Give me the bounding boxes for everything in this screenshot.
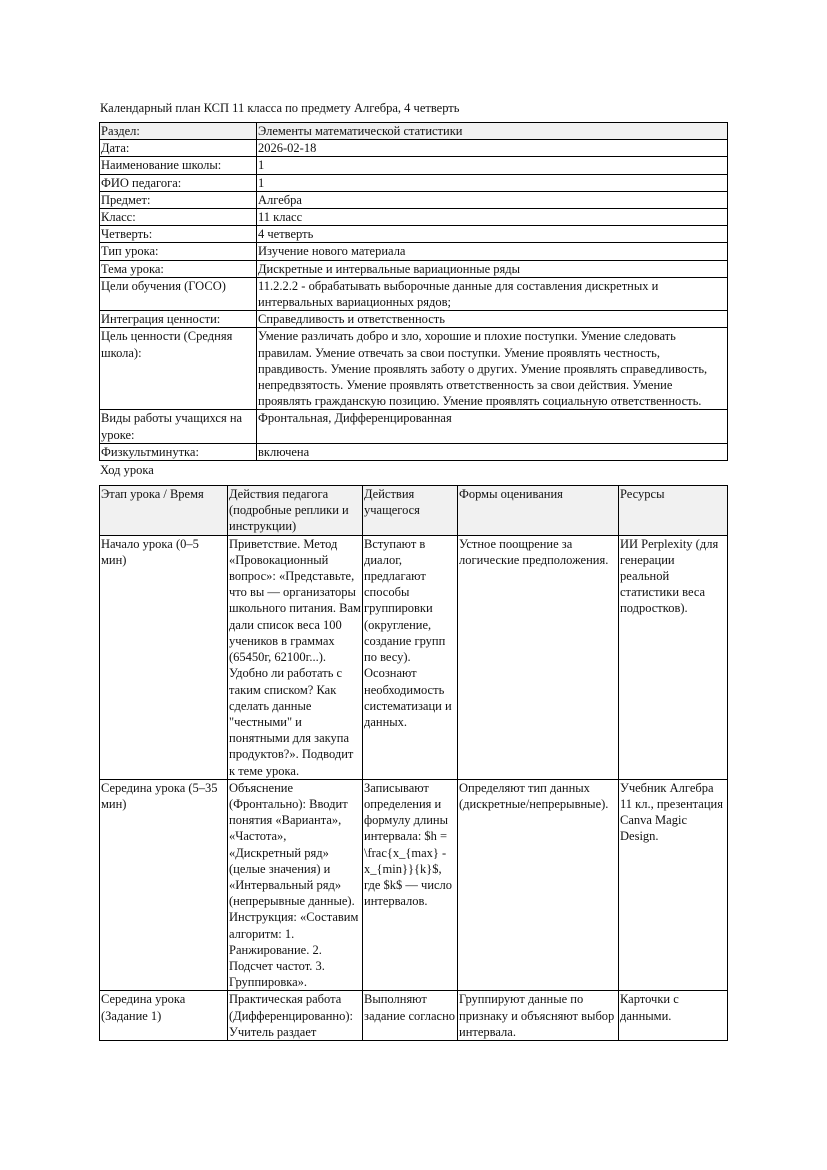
info-label: Предмет: [100,191,257,208]
info-value: 1 [257,157,728,174]
student-actions-cell: Выполняют задание согласно [363,991,458,1041]
info-row: Физкультминутка:включена [100,443,728,460]
stage-cell: Начало урока (0–5 мин) [100,535,228,779]
student-actions-cell: Вступают в диалог, предлагают способы гр… [363,535,458,779]
info-row: Цель ценности (Средняя школа):Умение раз… [100,328,728,410]
info-value: 11 класс [257,209,728,226]
info-value: 2026-02-18 [257,140,728,157]
info-value: Справедливость и ответственность [257,311,728,328]
info-row: Предмет:Алгебра [100,191,728,208]
info-row: Четверть:4 четверть [100,226,728,243]
header-student-actions: Действия учащегося [363,486,458,536]
lesson-info-table: Раздел:Элементы математической статистик… [99,122,728,461]
info-row: Класс:11 класс [100,209,728,226]
teacher-actions-cell: Приветствие. Метод «Провокационный вопро… [228,535,363,779]
resources-cell: Учебник Алгебра 11 кл., презентация Canv… [619,779,728,991]
lesson-flow-table: Этап урока / Время Действия педагога (по… [99,485,728,1041]
info-value: включена [257,443,728,460]
info-row: Наименование школы:1 [100,157,728,174]
info-row: Цели обучения (ГОСО)11.2.2.2 - обрабатыв… [100,277,728,310]
assessment-cell: Устное поощрение за логические предполож… [458,535,619,779]
resources-cell: Карточки с данными. [619,991,728,1041]
lesson-row: Начало урока (0–5 мин)Приветствие. Метод… [100,535,728,779]
assessment-cell: Группируют данные по признаку и объясняю… [458,991,619,1041]
lesson-row: Середина урока (Задание 1)Практическая р… [100,991,728,1041]
resources-cell: ИИ Perplexity (для генерации реальной ст… [619,535,728,779]
info-value: 4 четверть [257,226,728,243]
info-row: Раздел:Элементы математической статистик… [100,123,728,140]
student-actions-cell: Записывают определения и формулу длины и… [363,779,458,991]
info-value: Элементы математической статистики [257,123,728,140]
document-title: Календарный план КСП 11 класса по предме… [99,100,727,122]
info-row: ФИО педагога:1 [100,174,728,191]
info-value: 1 [257,174,728,191]
info-label: Тема урока: [100,260,257,277]
info-label: Виды работы учащихся на уроке: [100,410,257,443]
header-resources: Ресурсы [619,486,728,536]
info-label: Физкультминутка: [100,443,257,460]
assessment-cell: Определяют тип данных (дискретные/непрер… [458,779,619,991]
info-label: ФИО педагога: [100,174,257,191]
info-value: Алгебра [257,191,728,208]
info-label: Класс: [100,209,257,226]
info-label: Интеграция ценности: [100,311,257,328]
info-label: Цели обучения (ГОСО) [100,277,257,310]
info-row: Виды работы учащихся на уроке:Фронтальна… [100,410,728,443]
info-value: Фронтальная, Дифференцированная [257,410,728,443]
header-teacher-actions: Действия педагога (подробные реплики и и… [228,486,363,536]
info-label: Наименование школы: [100,157,257,174]
info-label: Цель ценности (Средняя школа): [100,328,257,410]
teacher-actions-cell: Практическая работа (Дифференцированно):… [228,991,363,1041]
info-row: Дата:2026-02-18 [100,140,728,157]
info-label: Раздел: [100,123,257,140]
info-row: Интеграция ценности:Справедливость и отв… [100,311,728,328]
lesson-table-header-row: Этап урока / Время Действия педагога (по… [100,486,728,536]
header-assessment: Формы оценивания [458,486,619,536]
lesson-row: Середина урока (5–35 мин)Объяснение (Фро… [100,779,728,991]
info-value: Дискретные и интервальные вариационные р… [257,260,728,277]
stage-cell: Середина урока (Задание 1) [100,991,228,1041]
info-value: 11.2.2.2 - обрабатывать выборочные данны… [257,277,728,310]
teacher-actions-cell: Объяснение (Фронтально): Вводит понятия … [228,779,363,991]
lesson-flow-heading: Ход урока [99,463,727,481]
document-page: Календарный план КСП 11 класса по предме… [99,100,727,1041]
info-value: Умение различать добро и зло, хорошие и … [257,328,728,410]
info-label: Четверть: [100,226,257,243]
info-label: Тип урока: [100,243,257,260]
stage-cell: Середина урока (5–35 мин) [100,779,228,991]
info-row: Тема урока:Дискретные и интервальные вар… [100,260,728,277]
info-value: Изучение нового материала [257,243,728,260]
info-row: Тип урока:Изучение нового материала [100,243,728,260]
info-label: Дата: [100,140,257,157]
header-stage: Этап урока / Время [100,486,228,536]
